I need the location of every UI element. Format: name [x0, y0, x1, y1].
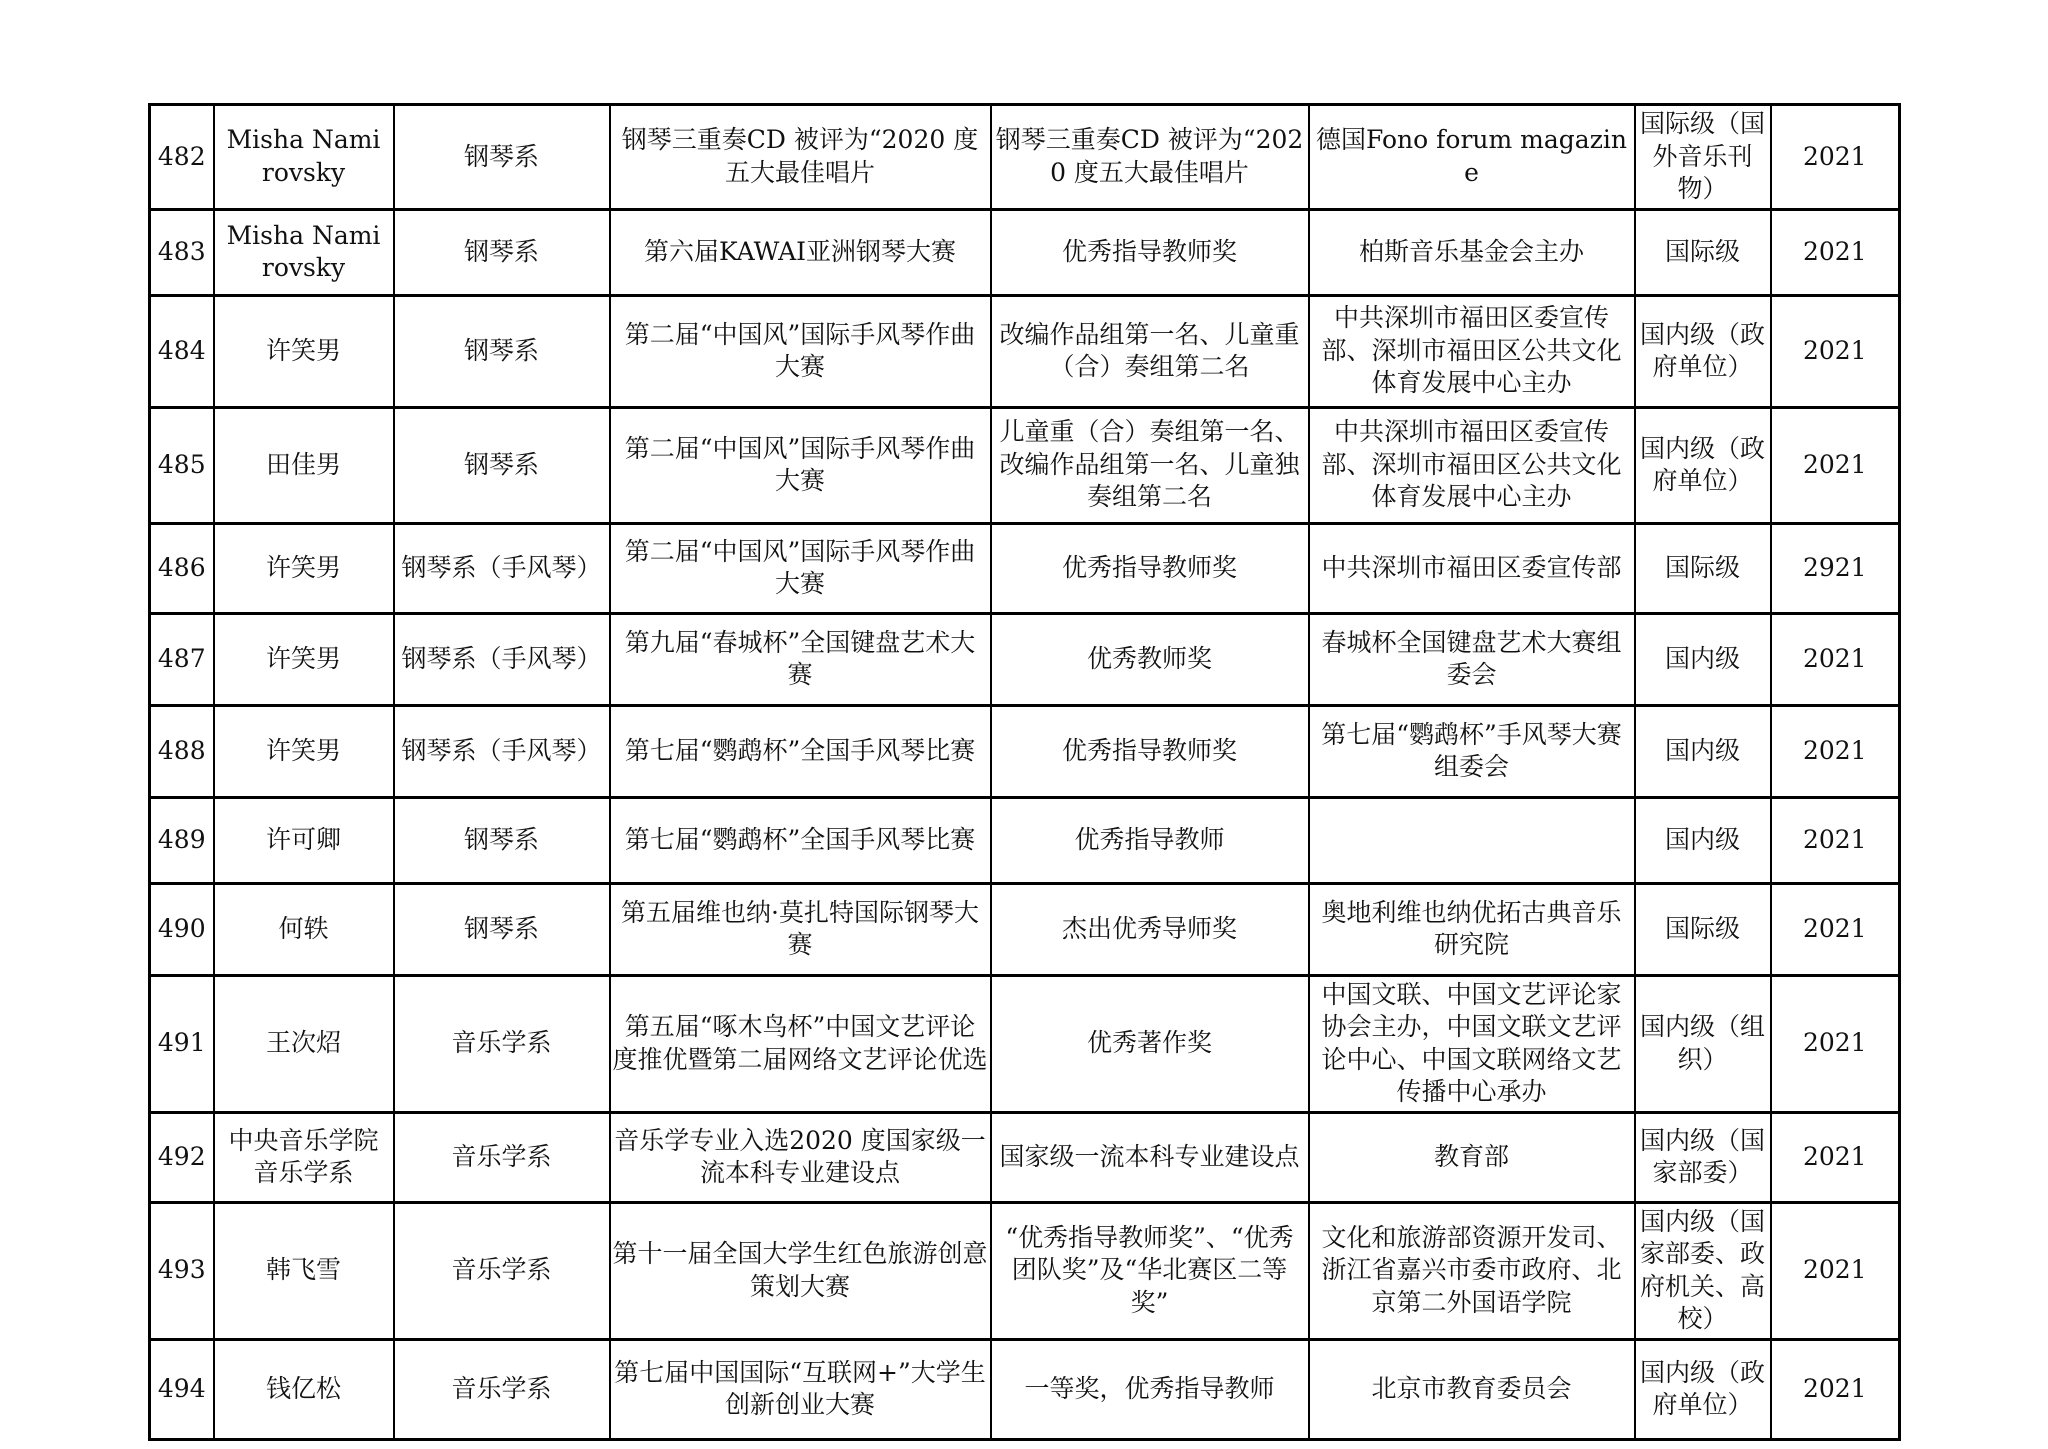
- table-cell: 2021: [1771, 295, 1900, 407]
- table-row: 489许可卿钢琴系第七届“鹦鹉杯”全国手风琴比赛优秀指导教师国内级2021: [150, 797, 1900, 883]
- table-cell: 国内级（组织）: [1635, 975, 1771, 1112]
- table-cell: [1309, 797, 1635, 883]
- table-cell: 音乐学系: [394, 1339, 610, 1439]
- table-cell: 2021: [1771, 883, 1900, 975]
- table-cell: 国内级: [1635, 797, 1771, 883]
- table-cell: 韩飞雪: [214, 1202, 394, 1339]
- table-cell: 一等奖，优秀指导教师: [991, 1339, 1309, 1439]
- table-cell: 2921: [1771, 523, 1900, 613]
- table-cell: 中共深圳市福田区委宣传部: [1309, 523, 1635, 613]
- table-cell: 2021: [1771, 1202, 1900, 1339]
- table-cell: 钢琴系: [394, 407, 610, 523]
- table-cell: 钢琴系: [394, 797, 610, 883]
- table-cell: 国际级: [1635, 523, 1771, 613]
- table-cell: 许可卿: [214, 797, 394, 883]
- table-cell: 许笑男: [214, 705, 394, 797]
- document-page: 482Misha Namirovsky钢琴系钢琴三重奏CD 被评为“2020 度…: [0, 0, 2048, 1449]
- table-cell: 第十一届全国大学生红色旅游创意策划大赛: [610, 1202, 991, 1339]
- table-cell: “优秀指导教师奖”、“优秀团队奖”及“华北赛区二等奖”: [991, 1202, 1309, 1339]
- table-cell: 486: [150, 523, 214, 613]
- table-row: 493韩飞雪音乐学系第十一届全国大学生红色旅游创意策划大赛“优秀指导教师奖”、“…: [150, 1202, 1900, 1339]
- table-cell: 493: [150, 1202, 214, 1339]
- table-cell: 钢琴系（手风琴）: [394, 523, 610, 613]
- table-cell: 田佳男: [214, 407, 394, 523]
- table-cell: 奥地利维也纳优拓古典音乐研究院: [1309, 883, 1635, 975]
- table-cell: 钢琴系: [394, 295, 610, 407]
- table-cell: 第二届“中国风”国际手风琴作曲大赛: [610, 407, 991, 523]
- table-cell: 许笑男: [214, 523, 394, 613]
- table-row: 490何轶钢琴系第五届维也纳·莫扎特国际钢琴大赛杰出优秀导师奖奥地利维也纳优拓古…: [150, 883, 1900, 975]
- table-cell: 钢琴三重奏CD 被评为“2020 度五大最佳唱片: [610, 105, 991, 210]
- table-cell: 第七届“鹦鹉杯”全国手风琴比赛: [610, 797, 991, 883]
- table-row: 494钱亿松音乐学系第七届中国国际“互联网+”大学生创新创业大赛一等奖，优秀指导…: [150, 1339, 1900, 1439]
- table-cell: 国内级（政府单位）: [1635, 407, 1771, 523]
- table-cell: 儿童重（合）奏组第一名、改编作品组第一名、儿童独奏组第二名: [991, 407, 1309, 523]
- table-cell: 改编作品组第一名、儿童重（合）奏组第二名: [991, 295, 1309, 407]
- table-cell: 2021: [1771, 797, 1900, 883]
- table-cell: 国内级（国家部委）: [1635, 1112, 1771, 1202]
- table-cell: 国内级: [1635, 705, 1771, 797]
- table-cell: 第七届中国国际“互联网+”大学生创新创业大赛: [610, 1339, 991, 1439]
- table-cell: 音乐学系: [394, 1112, 610, 1202]
- table-cell: 优秀著作奖: [991, 975, 1309, 1112]
- table-cell: 第五届维也纳·莫扎特国际钢琴大赛: [610, 883, 991, 975]
- table-cell: 钢琴系: [394, 209, 610, 295]
- table-cell: 485: [150, 407, 214, 523]
- table-cell: 492: [150, 1112, 214, 1202]
- table-cell: 484: [150, 295, 214, 407]
- table-row: 488许笑男钢琴系（手风琴）第七届“鹦鹉杯”全国手风琴比赛优秀指导教师奖第七届“…: [150, 705, 1900, 797]
- table-cell: 国内级: [1635, 613, 1771, 705]
- table-cell: 音乐学系: [394, 1202, 610, 1339]
- awards-table: 482Misha Namirovsky钢琴系钢琴三重奏CD 被评为“2020 度…: [148, 103, 1901, 1441]
- table-cell: 教育部: [1309, 1112, 1635, 1202]
- table-cell: 2021: [1771, 209, 1900, 295]
- table-row: 492中央音乐学院音乐学系音乐学系音乐学专业入选2020 度国家级一流本科专业建…: [150, 1112, 1900, 1202]
- table-cell: 中央音乐学院音乐学系: [214, 1112, 394, 1202]
- table-cell: 国内级（政府单位）: [1635, 1339, 1771, 1439]
- table-cell: 北京市教育委员会: [1309, 1339, 1635, 1439]
- table-row: 484许笑男钢琴系第二届“中国风”国际手风琴作曲大赛改编作品组第一名、儿童重（合…: [150, 295, 1900, 407]
- table-cell: 优秀指导教师奖: [991, 705, 1309, 797]
- table-cell: 2021: [1771, 105, 1900, 210]
- table-row: 487许笑男钢琴系（手风琴）第九届“春城杯”全国键盘艺术大赛优秀教师奖春城杯全国…: [150, 613, 1900, 705]
- table-cell: 国家级一流本科专业建设点: [991, 1112, 1309, 1202]
- table-cell: 第五届“啄木鸟杯”中国文艺评论度推优暨第二届网络文艺评论优选: [610, 975, 991, 1112]
- table-cell: 优秀教师奖: [991, 613, 1309, 705]
- table-cell: 钢琴系（手风琴）: [394, 613, 610, 705]
- table-cell: 491: [150, 975, 214, 1112]
- table-cell: 钢琴三重奏CD 被评为“2020 度五大最佳唱片: [991, 105, 1309, 210]
- table-cell: 钢琴系（手风琴）: [394, 705, 610, 797]
- table-cell: 第二届“中国风”国际手风琴作曲大赛: [610, 523, 991, 613]
- table-cell: 德国Fono forum magazine: [1309, 105, 1635, 210]
- table-cell: 2021: [1771, 705, 1900, 797]
- table-cell: 2021: [1771, 975, 1900, 1112]
- table-cell: 国内级（国家部委、政府机关、高校）: [1635, 1202, 1771, 1339]
- table-cell: 489: [150, 797, 214, 883]
- table-cell: 2021: [1771, 407, 1900, 523]
- table-cell: 2021: [1771, 1112, 1900, 1202]
- table-cell: 王次炤: [214, 975, 394, 1112]
- table-cell: 487: [150, 613, 214, 705]
- table-cell: 中共深圳市福田区委宣传部、深圳市福田区公共文化体育发展中心主办: [1309, 407, 1635, 523]
- table-cell: 音乐学系: [394, 975, 610, 1112]
- awards-table-body: 482Misha Namirovsky钢琴系钢琴三重奏CD 被评为“2020 度…: [150, 105, 1900, 1440]
- table-cell: 第九届“春城杯”全国键盘艺术大赛: [610, 613, 991, 705]
- table-cell: 488: [150, 705, 214, 797]
- table-cell: 中国文联、中国文艺评论家协会主办，中国文联文艺评论中心、中国文联网络文艺传播中心…: [1309, 975, 1635, 1112]
- table-cell: 钢琴系: [394, 883, 610, 975]
- table-cell: 音乐学专业入选2020 度国家级一流本科专业建设点: [610, 1112, 991, 1202]
- table-cell: 国际级: [1635, 209, 1771, 295]
- table-cell: 第六届KAWAI亚洲钢琴大赛: [610, 209, 991, 295]
- table-cell: 482: [150, 105, 214, 210]
- table-cell: Misha Namirovsky: [214, 209, 394, 295]
- table-cell: 优秀指导教师奖: [991, 523, 1309, 613]
- table-cell: 国际级（国外音乐刊物）: [1635, 105, 1771, 210]
- table-cell: 钢琴系: [394, 105, 610, 210]
- table-cell: 483: [150, 209, 214, 295]
- table-cell: 490: [150, 883, 214, 975]
- table-cell: 钱亿松: [214, 1339, 394, 1439]
- table-cell: Misha Namirovsky: [214, 105, 394, 210]
- table-cell: 何轶: [214, 883, 394, 975]
- table-cell: 柏斯音乐基金会主办: [1309, 209, 1635, 295]
- table-row: 486许笑男钢琴系（手风琴）第二届“中国风”国际手风琴作曲大赛优秀指导教师奖中共…: [150, 523, 1900, 613]
- table-row: 483Misha Namirovsky钢琴系第六届KAWAI亚洲钢琴大赛优秀指导…: [150, 209, 1900, 295]
- table-row: 485田佳男钢琴系第二届“中国风”国际手风琴作曲大赛儿童重（合）奏组第一名、改编…: [150, 407, 1900, 523]
- table-cell: 2021: [1771, 1339, 1900, 1439]
- table-cell: 许笑男: [214, 295, 394, 407]
- table-cell: 第二届“中国风”国际手风琴作曲大赛: [610, 295, 991, 407]
- table-cell: 杰出优秀导师奖: [991, 883, 1309, 975]
- table-row: 482Misha Namirovsky钢琴系钢琴三重奏CD 被评为“2020 度…: [150, 105, 1900, 210]
- table-cell: 优秀指导教师: [991, 797, 1309, 883]
- table-cell: 国内级（政府单位）: [1635, 295, 1771, 407]
- table-cell: 许笑男: [214, 613, 394, 705]
- table-cell: 中共深圳市福田区委宣传部、深圳市福田区公共文化体育发展中心主办: [1309, 295, 1635, 407]
- table-cell: 第七届“鹦鹉杯”手风琴大赛组委会: [1309, 705, 1635, 797]
- table-cell: 优秀指导教师奖: [991, 209, 1309, 295]
- table-row: 491王次炤音乐学系第五届“啄木鸟杯”中国文艺评论度推优暨第二届网络文艺评论优选…: [150, 975, 1900, 1112]
- table-cell: 494: [150, 1339, 214, 1439]
- table-cell: 第七届“鹦鹉杯”全国手风琴比赛: [610, 705, 991, 797]
- table-cell: 春城杯全国键盘艺术大赛组委会: [1309, 613, 1635, 705]
- table-cell: 文化和旅游部资源开发司、浙江省嘉兴市委市政府、北京第二外国语学院: [1309, 1202, 1635, 1339]
- table-cell: 国际级: [1635, 883, 1771, 975]
- table-cell: 2021: [1771, 613, 1900, 705]
